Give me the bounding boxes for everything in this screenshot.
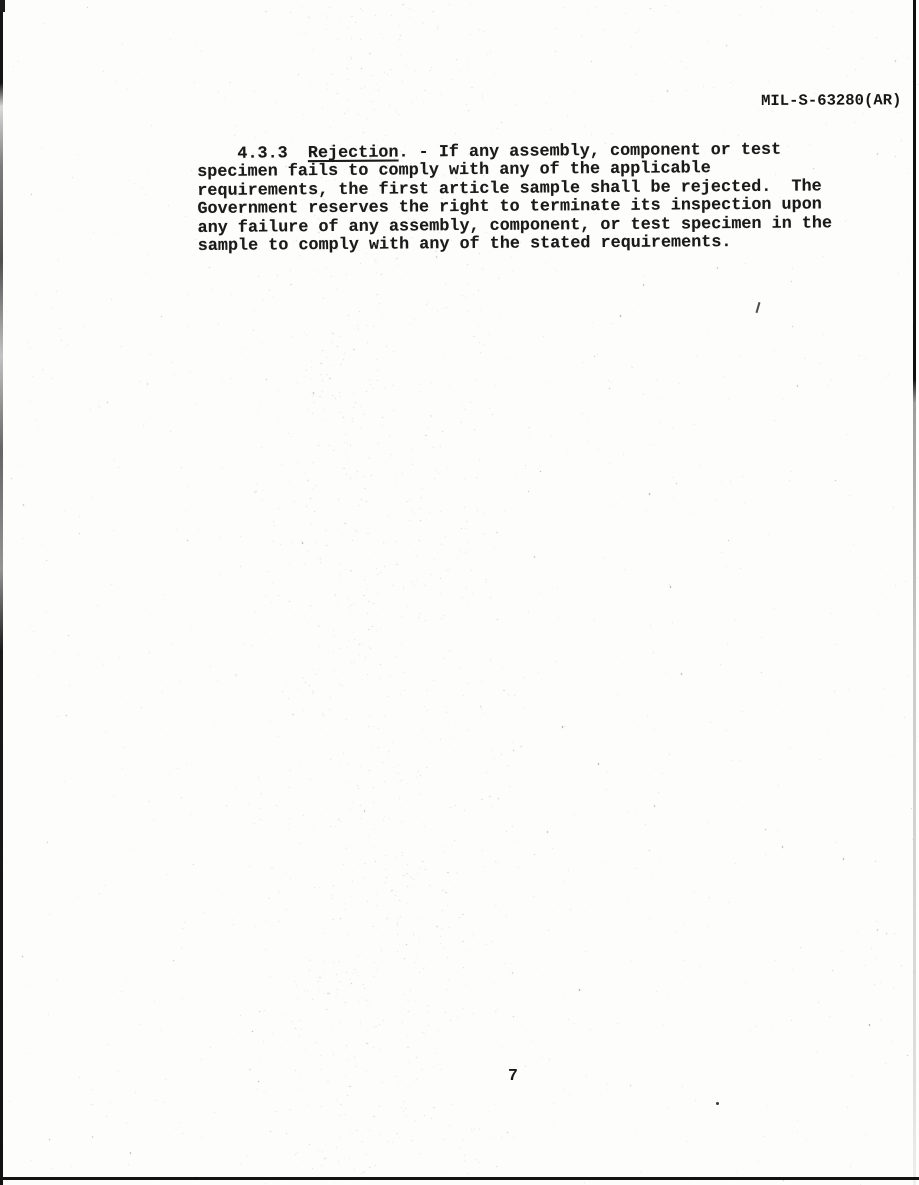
scan-edge-right	[913, 0, 916, 1185]
scan-corner-artifact	[0, 0, 5, 12]
scanned-document-page: MIL-S-63280(AR) 4.3.3 Rejection. - If an…	[0, 0, 919, 1185]
section-separator	[288, 144, 308, 163]
scan-edge-bottom	[0, 1177, 919, 1180]
scan-edge-left	[0, 0, 3, 1185]
scan-slash-artifact	[756, 302, 761, 313]
section-title: Rejection	[308, 144, 399, 164]
page-number: 7	[508, 1066, 518, 1085]
section-number: 4.3.3	[237, 144, 287, 163]
spec-number-header: MIL-S-63280(AR)	[761, 91, 901, 110]
section-4-3-3-paragraph: 4.3.3 Rejection. - If any assembly, comp…	[197, 141, 832, 256]
scan-speck-artifact	[716, 1102, 719, 1105]
paragraph-indent	[197, 145, 237, 164]
